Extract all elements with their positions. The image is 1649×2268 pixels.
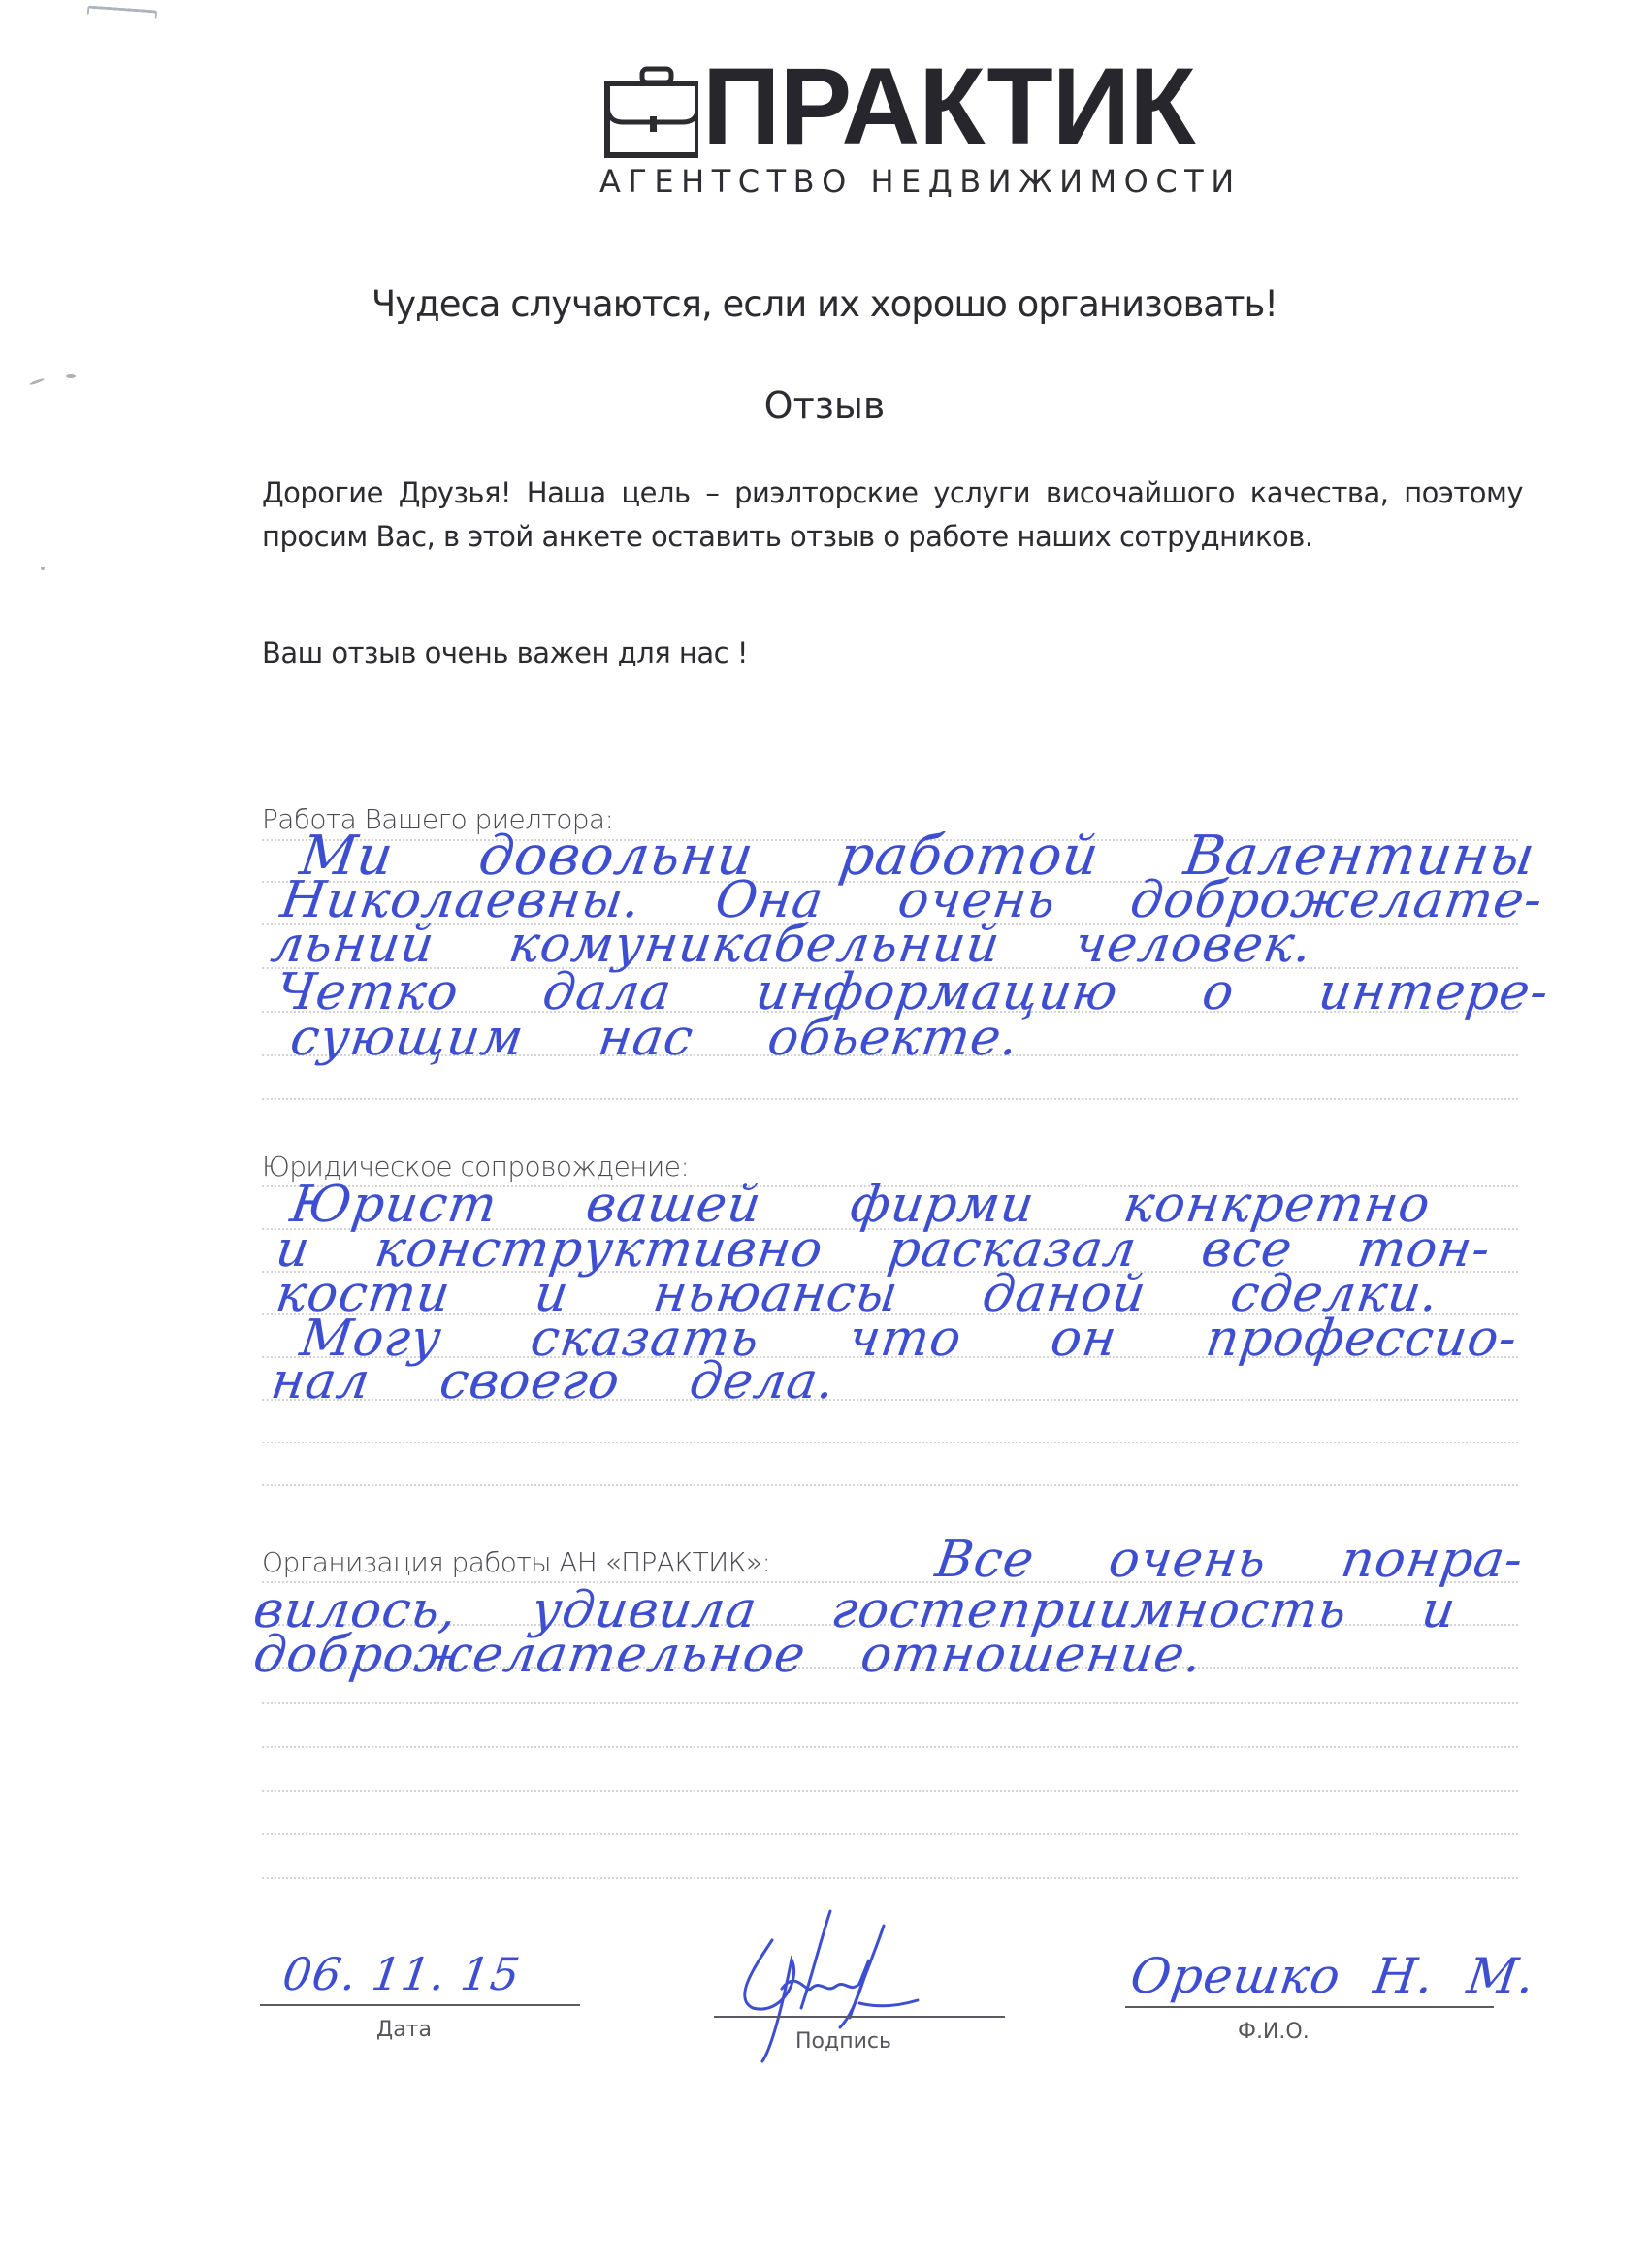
- brand-name: ПРАКТИК: [702, 52, 1195, 161]
- scan-speck: [41, 567, 45, 570]
- important-note: Ваш отзыв очень важен для нас !: [262, 636, 748, 669]
- company-logo: ПРАКТИК АГЕНТСТВО НЕДВИЖИМОСТИ: [594, 66, 1195, 202]
- signature-underline: [714, 2016, 1005, 2018]
- signature-caption: Подпись: [795, 2029, 891, 2054]
- date-field[interactable]: 06. 11. 15 Дата: [260, 1950, 580, 2057]
- handwritten-line: доброжелательное отношение.: [250, 1626, 1207, 1684]
- briefcase-icon: [594, 66, 698, 159]
- full-name-value: Орешко Н. М.: [1127, 1948, 1538, 2004]
- slogan: Чудеса случаются, если их хорошо организ…: [0, 283, 1649, 325]
- page-title: Отзыв: [0, 384, 1649, 427]
- handwritten-line: Все очень понра-: [932, 1531, 1528, 1589]
- date-value: 06. 11. 15: [279, 1948, 524, 2000]
- dotted-rule: [262, 1702, 1518, 1704]
- intro-paragraph: Дорогие Друзья! Наша цель – риэлторские …: [262, 471, 1523, 559]
- name-caption: Ф.И.О.: [1238, 2020, 1309, 2044]
- dotted-rule: [262, 1098, 1518, 1100]
- date-underline: [260, 2004, 580, 2006]
- section-label-organization: Организация работы АН «ПРАКТИК»:: [262, 1546, 770, 1578]
- dotted-rule: [262, 1877, 1518, 1879]
- dotted-rule: [262, 1484, 1518, 1486]
- scan-speck: [66, 374, 76, 378]
- staple-mark: [87, 5, 157, 18]
- brand-subtitle: АГЕНТСТВО НЕДВИЖИМОСТИ: [599, 166, 1242, 197]
- name-underline: [1125, 2006, 1494, 2008]
- signature-field[interactable]: Подпись: [714, 1901, 1005, 2066]
- dotted-rule: [262, 1746, 1518, 1748]
- handwritten-line: сующим нас обьекте.: [287, 1009, 1022, 1067]
- dotted-rule: [262, 1790, 1518, 1792]
- dotted-rule: [262, 1833, 1518, 1835]
- dotted-rule: [262, 1442, 1518, 1443]
- date-caption: Дата: [376, 2018, 432, 2042]
- handwritten-line: нал своего дела.: [268, 1352, 839, 1410]
- full-name-field[interactable]: Орешко Н. М. Ф.И.О.: [1125, 1930, 1513, 2066]
